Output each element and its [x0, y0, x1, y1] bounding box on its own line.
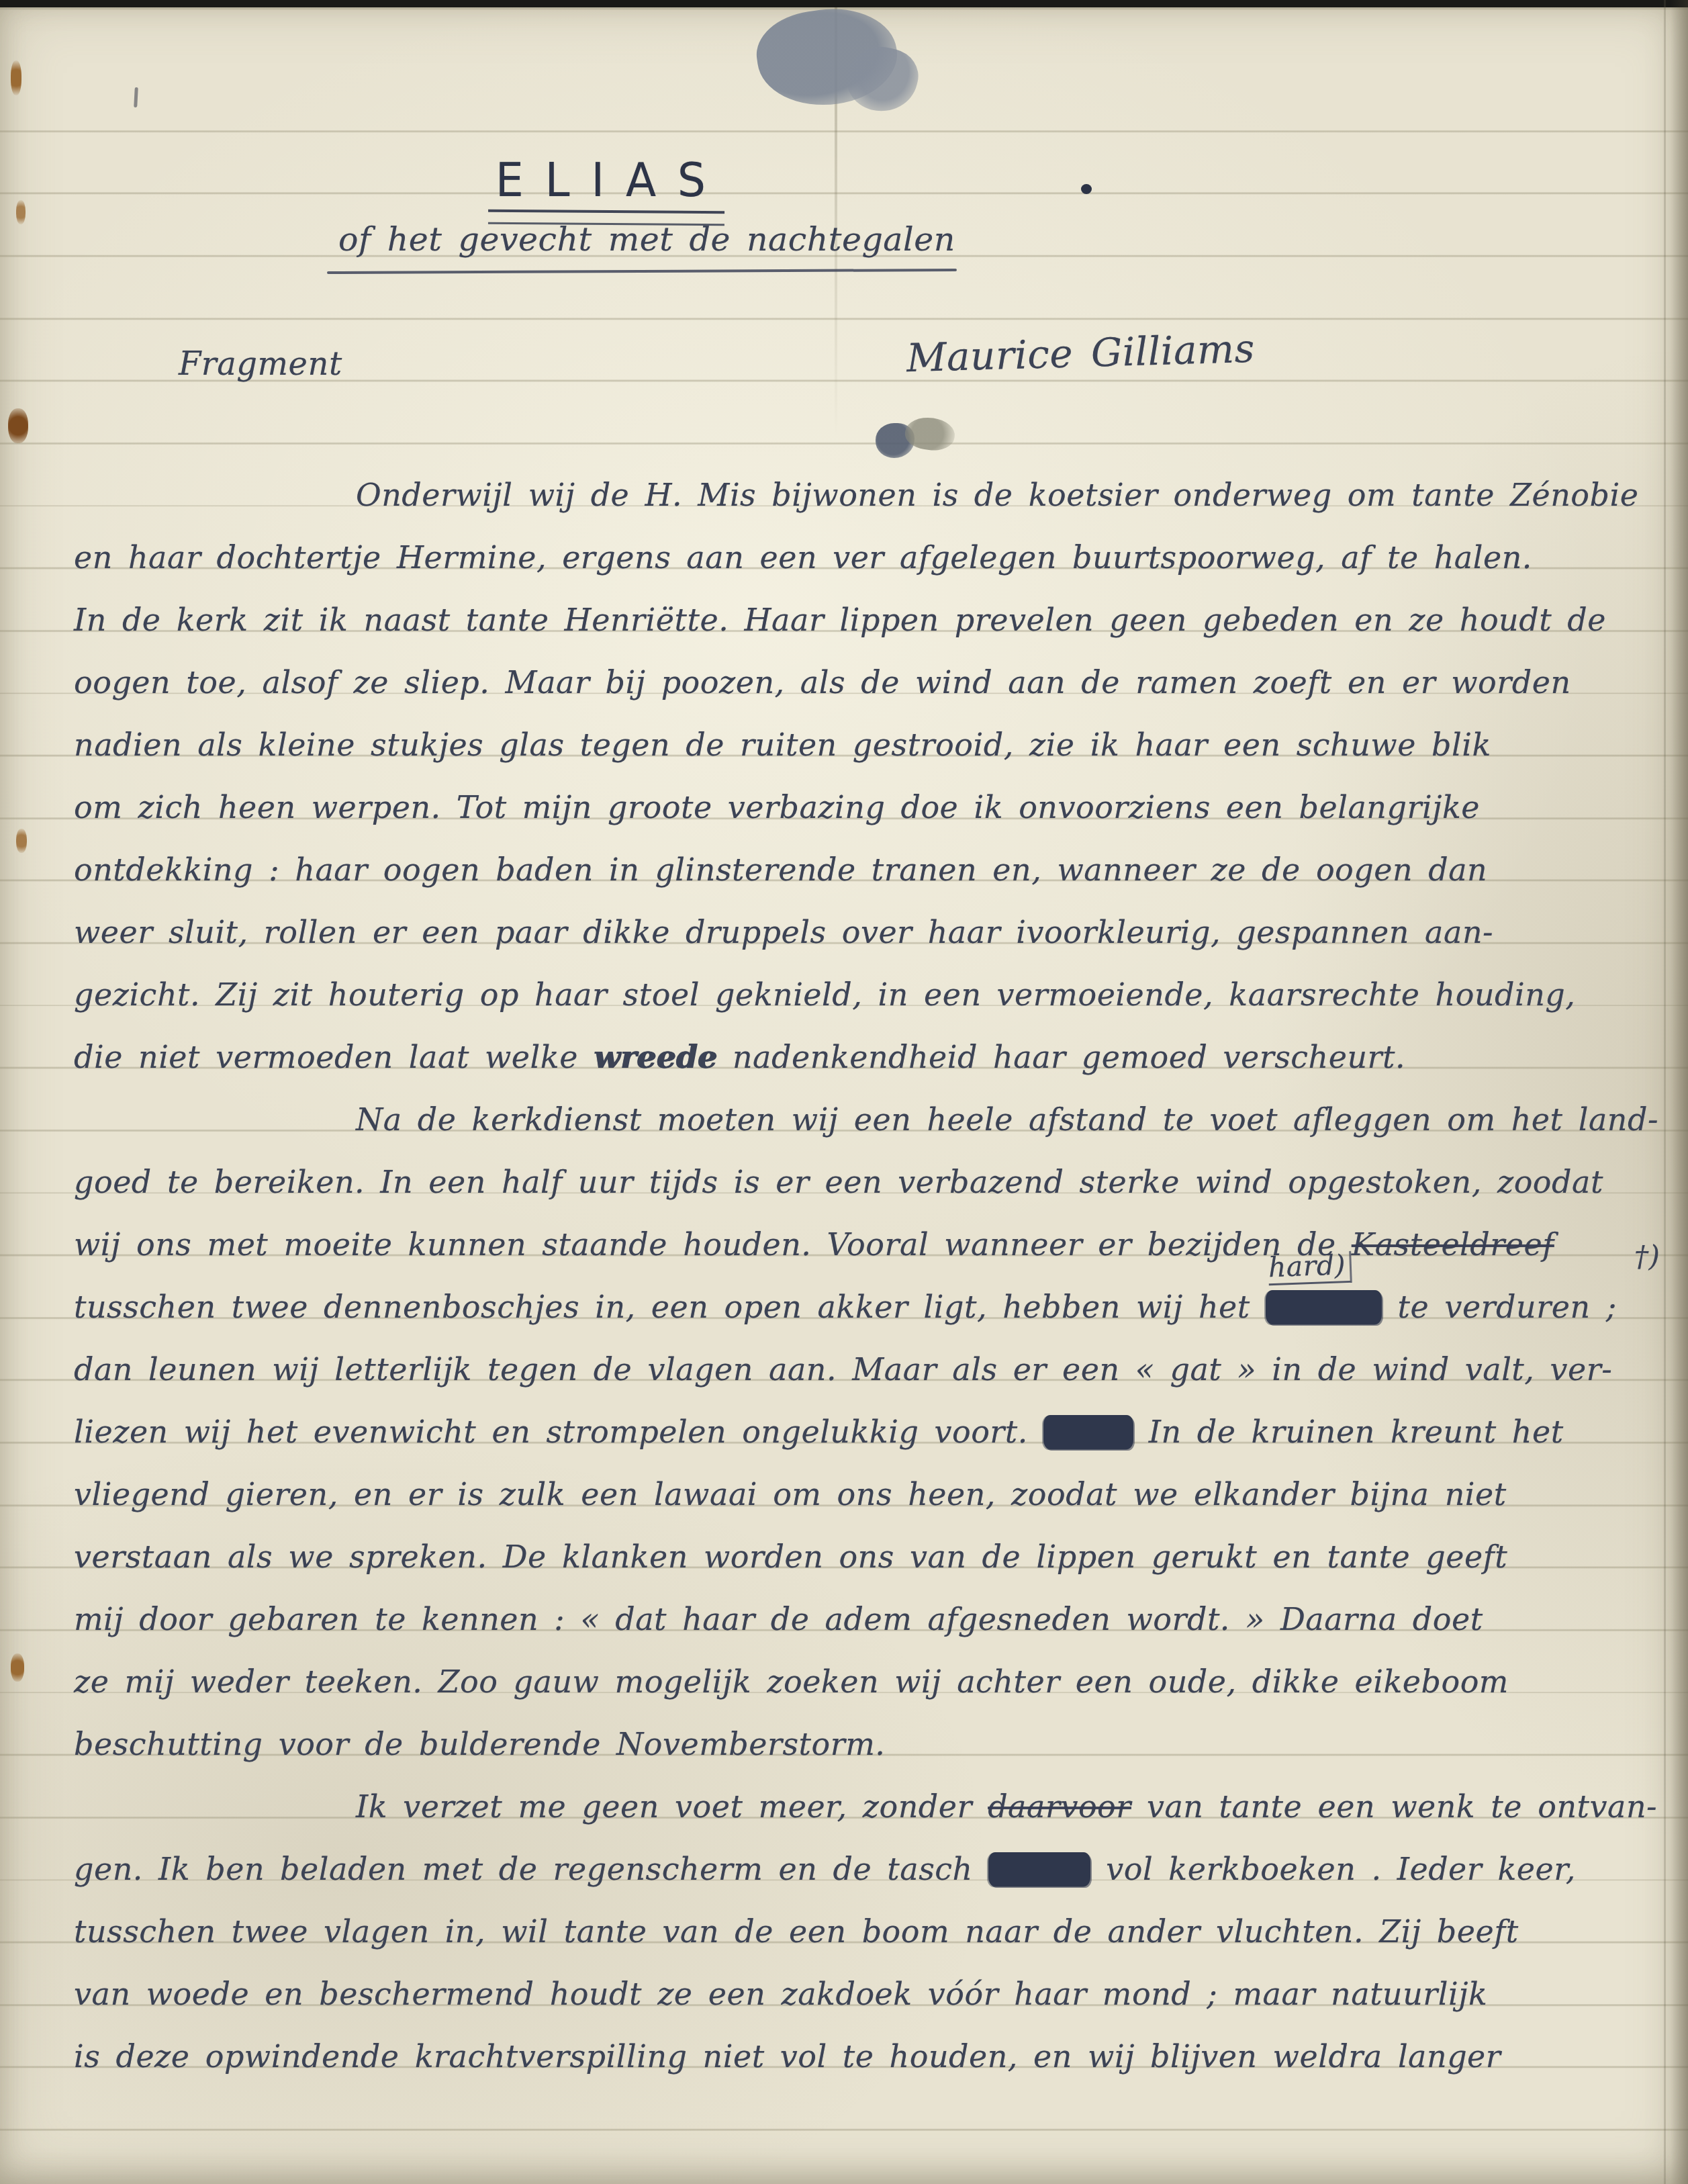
text-segment: weer sluit, rollen er een paar dikke dru… — [74, 914, 1493, 950]
manuscript-page: ELIAS of het gevecht met de nachtegalen … — [0, 0, 1688, 2184]
text-segment: mij door gebaren te kennen : « dat haar … — [74, 1601, 1483, 1637]
manuscript-line: ontdekking : haar oogen baden in glinste… — [74, 839, 1618, 901]
overwritten-word: wreede — [594, 1039, 717, 1075]
text-segment: dan leunen wij letterlijk tegen de vlage… — [74, 1351, 1612, 1387]
text-segment: gen. Ik ben beladen met de regenscherm e… — [74, 1851, 988, 1887]
text-segment: Onderwijl wij de H. Mis bijwonen is de k… — [356, 477, 1638, 513]
manuscript-line: van woede en beschermend houdt ze een za… — [74, 1963, 1618, 2026]
ink-blot-strikeout: Toen — [1043, 1415, 1133, 1449]
manuscript-line: weer sluit, rollen er een paar dikke dru… — [74, 901, 1618, 964]
text-segment: goed te bereiken. In een half uur tijds … — [74, 1164, 1603, 1200]
manuscript-line: is deze opwindende krachtverspilling nie… — [74, 2026, 1618, 2088]
manuscript-line: gen. Ik ben beladen met de regenscherm e… — [74, 1838, 1618, 1901]
text-segment: nadien als kleine stukjes glas tegen de … — [74, 727, 1491, 763]
manuscript-line: nadien als kleine stukjes glas tegen de … — [74, 714, 1618, 776]
manuscript-line: die niet vermoeden laat welke wreede nad… — [74, 1026, 1618, 1089]
inserted-correction: hard) — [1268, 1251, 1352, 1285]
manuscript-line: beschutting voor de bulderende Novembers… — [74, 1713, 1618, 1776]
manuscript-line: goed te bereiken. In een half uur tijds … — [74, 1151, 1618, 1214]
text-segment: die niet vermoeden laat welke — [74, 1039, 594, 1075]
text-segment: In de kerk zit ik naast tante Henriëtte.… — [74, 602, 1606, 638]
text-segment: wij ons met moeite kunnen staande houden… — [74, 1226, 1352, 1263]
ink-blot-strikeout: hardsthard) — [1266, 1290, 1382, 1324]
text-segment: Ik verzet me geen voet meer, zonder — [356, 1788, 988, 1825]
text-segment: om zich heen werpen. Tot mijn groote ver… — [74, 789, 1480, 825]
manuscript-line: verstaan als we spreken. De klanken word… — [74, 1526, 1618, 1588]
text-segment: en haar dochtertje Hermine, ergens aan e… — [74, 539, 1532, 576]
text-segment: ontdekking : haar oogen baden in glinste… — [74, 852, 1487, 888]
manuscript-body: Onderwijl wij de H. Mis bijwonen is de k… — [0, 0, 1688, 2184]
text-segment: nadenkendheid haar gemoed verscheurt. — [717, 1039, 1405, 1075]
text-segment: In de kruinen kreunt het — [1133, 1414, 1564, 1450]
manuscript-line: dan leunen wij letterlijk tegen de vlage… — [74, 1338, 1618, 1401]
manuscript-line: wij ons met moeite kunnen staande houden… — [74, 1214, 1618, 1276]
text-segment: verstaan als we spreken. De klanken word… — [74, 1539, 1507, 1575]
ink-blot-strikeout: mmm — [988, 1852, 1090, 1886]
text-segment: van woede en beschermend houdt ze een za… — [74, 1976, 1487, 2012]
manuscript-line: Ik verzet me geen voet meer, zonder daar… — [74, 1776, 1688, 1838]
text-segment: ze mij weder teeken. Zoo gauw mogelijk z… — [74, 1664, 1509, 1700]
text-segment: vliegend gieren, en er is zulk een lawaa… — [74, 1476, 1507, 1512]
manuscript-line: tusschen twee dennenboschjes in, een ope… — [74, 1276, 1618, 1338]
text-segment: oogen toe, alsof ze sliep. Maar bij pooz… — [74, 664, 1571, 700]
manuscript-line: Onderwijl wij de H. Mis bijwonen is de k… — [74, 464, 1688, 527]
manuscript-line: om zich heen werpen. Tot mijn groote ver… — [74, 776, 1618, 839]
manuscript-line: oogen toe, alsof ze sliep. Maar bij pooz… — [74, 651, 1618, 714]
text-segment: tusschen twee dennenboschjes in, een ope… — [74, 1289, 1266, 1325]
text-segment: beschutting voor de bulderende Novembers… — [74, 1726, 885, 1762]
manuscript-line: mij door gebaren te kennen : « dat haar … — [74, 1588, 1618, 1651]
manuscript-line: vliegend gieren, en er is zulk een lawaa… — [74, 1463, 1618, 1526]
manuscript-line: tusschen twee vlagen in, wil tante van d… — [74, 1901, 1618, 1963]
text-segment: tusschen twee vlagen in, wil tante van d… — [74, 1913, 1519, 1950]
manuscript-line: In de kerk zit ik naast tante Henriëtte.… — [74, 589, 1618, 651]
manuscript-line: ze mij weder teeken. Zoo gauw mogelijk z… — [74, 1651, 1618, 1713]
text-segment: Na de kerkdienst moeten wij een heele af… — [356, 1101, 1658, 1138]
margin-note: †) — [1634, 1240, 1660, 1273]
struck-word: Kasteeldreef — [1352, 1226, 1554, 1263]
manuscript-line: gezicht. Zij zit houterig op haar stoel … — [74, 964, 1618, 1026]
text-segment: vol kerkboeken . Ieder keer, — [1090, 1851, 1576, 1887]
text-segment: is deze opwindende krachtverspilling nie… — [74, 2038, 1501, 2075]
manuscript-line: liezen wij het evenwicht en strompelen o… — [74, 1401, 1618, 1463]
text-segment: van tante een wenk te ontvan- — [1131, 1788, 1657, 1825]
manuscript-line: en haar dochtertje Hermine, ergens aan e… — [74, 527, 1618, 589]
text-segment: te verduren ; — [1382, 1289, 1616, 1325]
manuscript-line: Na de kerkdienst moeten wij een heele af… — [74, 1089, 1688, 1151]
struck-word: daarvoor — [988, 1788, 1131, 1825]
text-segment: gezicht. Zij zit houterig op haar stoel … — [74, 976, 1575, 1013]
text-segment: liezen wij het evenwicht en strompelen o… — [74, 1414, 1043, 1450]
